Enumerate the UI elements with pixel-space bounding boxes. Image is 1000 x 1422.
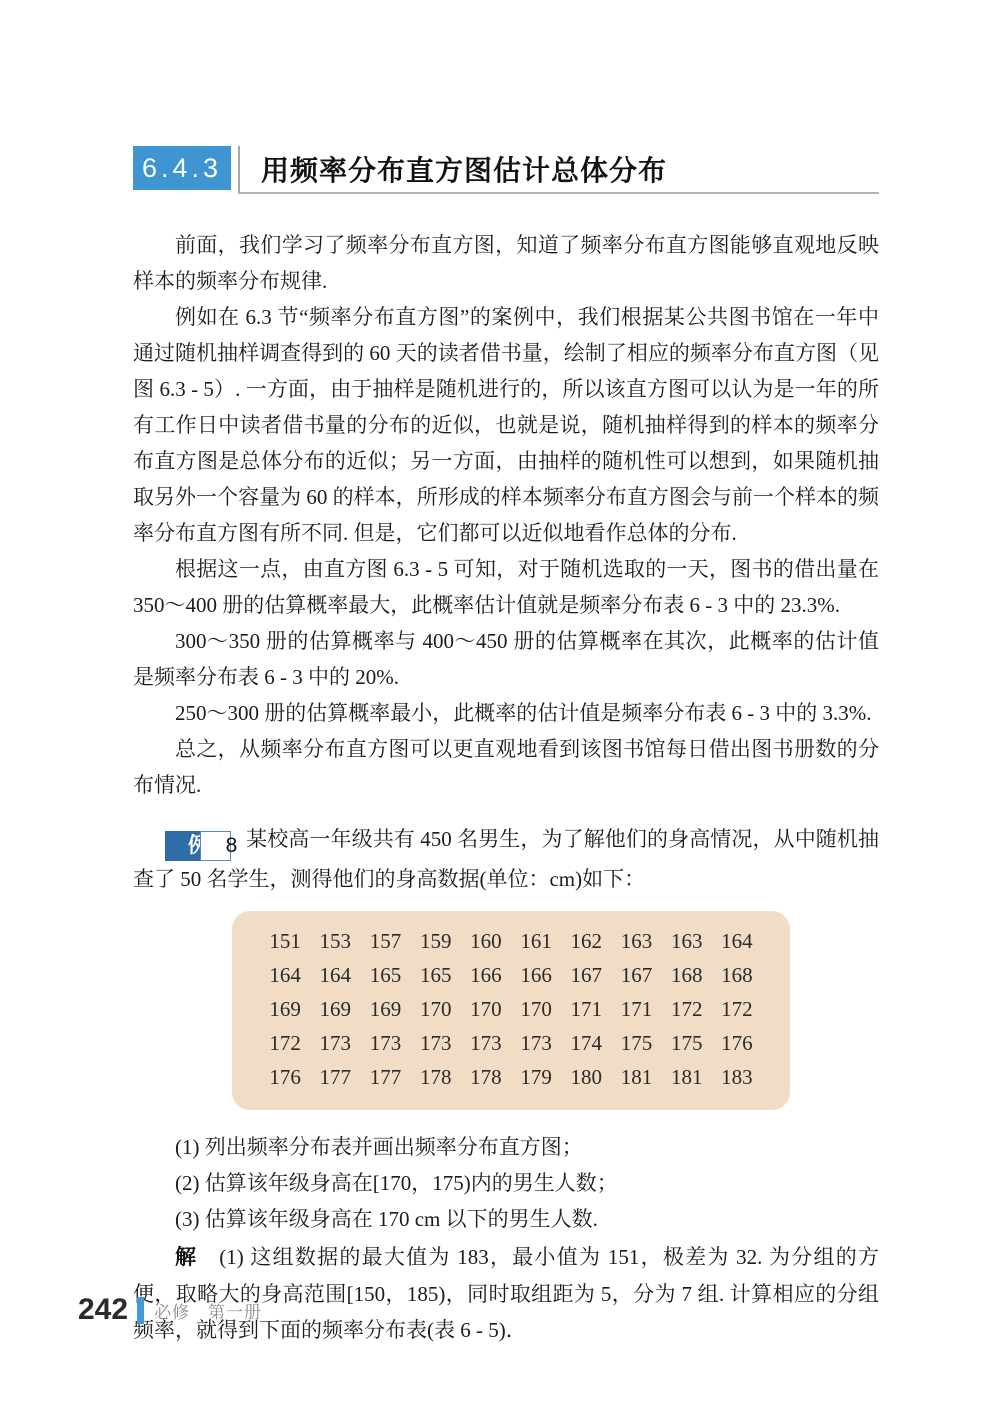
height-value: 167: [611, 963, 661, 988]
height-value: 157: [360, 929, 410, 954]
height-value: 181: [662, 1065, 712, 1090]
height-value: 179: [511, 1065, 561, 1090]
height-value: 169: [310, 997, 360, 1022]
height-value: 177: [310, 1065, 360, 1090]
height-value: 163: [611, 929, 661, 954]
textbook-page: 6.4.3 用频率分布直方图估计总体分布 前面，我们学习了频率分布直方图，知道了…: [0, 0, 1000, 1422]
height-value: 175: [611, 1031, 661, 1056]
height-value: 161: [511, 929, 561, 954]
height-value: 173: [411, 1031, 461, 1056]
page-footer: 242 必修 第一册: [78, 1293, 262, 1327]
section-header: 6.4.3 用频率分布直方图估计总体分布: [133, 146, 879, 194]
height-value: 172: [662, 997, 712, 1022]
data-row: 172173173173173173174175175176: [260, 1027, 762, 1061]
height-value: 165: [411, 963, 461, 988]
height-value: 171: [611, 997, 661, 1022]
questions-block: (1) 列出频率分布表并画出频率分布直方图； (2) 估算该年级身高在[170，…: [133, 1129, 879, 1237]
height-value: 175: [662, 1031, 712, 1056]
solution-label: 解: [175, 1246, 197, 1269]
data-row: 169169169170170170171171172172: [260, 993, 762, 1027]
height-data-grid: 1511531571591601611621631631641641641651…: [260, 925, 762, 1095]
data-row: 164164165165166166167167168168: [260, 959, 762, 993]
book-label: 必修 第一册: [154, 1298, 262, 1323]
height-value: 163: [662, 929, 712, 954]
example-number-badge: 8: [200, 831, 231, 861]
example-8-block: 例8某校高一年级共有 450 名男生，为了解他们的身高情况，从中随机抽查了 50…: [133, 821, 879, 1348]
paragraph: 根据这一点，由直方图 6.3 - 5 可知，对于随机选取的一天，图书的借出量在 …: [133, 551, 879, 623]
height-value: 173: [461, 1031, 511, 1056]
question-item: (1) 列出频率分布表并画出频率分布直方图；: [133, 1129, 879, 1165]
height-value: 177: [360, 1065, 410, 1090]
height-data-box: 1511531571591601611621631631641641641651…: [232, 911, 790, 1110]
height-value: 170: [511, 997, 561, 1022]
paragraph: 例如在 6.3 节“频率分布直方图”的案例中，我们根据某公共图书馆在一年中通过随…: [133, 299, 879, 551]
height-value: 176: [260, 1065, 310, 1090]
height-value: 169: [360, 997, 410, 1022]
height-value: 172: [712, 997, 762, 1022]
section-number-badge: 6.4.3: [133, 146, 231, 190]
height-value: 166: [511, 963, 561, 988]
height-value: 173: [360, 1031, 410, 1056]
example-intro-text: 某校高一年级共有 450 名男生，为了解他们的身高情况，从中随机抽查了 50 名…: [133, 827, 879, 891]
data-row: 176177177178178179180181181183: [260, 1061, 762, 1095]
height-value: 164: [310, 963, 360, 988]
height-value: 168: [662, 963, 712, 988]
body-paragraphs: 前面，我们学习了频率分布直方图，知道了频率分布直方图能够直观地反映样本的频率分布…: [133, 227, 879, 803]
example-intro: 例8某校高一年级共有 450 名男生，为了解他们的身高情况，从中随机抽查了 50…: [133, 821, 879, 898]
height-value: 178: [461, 1065, 511, 1090]
height-value: 165: [360, 963, 410, 988]
data-row: 151153157159160161162163163164: [260, 925, 762, 959]
paragraph: 前面，我们学习了频率分布直方图，知道了频率分布直方图能够直观地反映样本的频率分布…: [133, 227, 879, 299]
height-value: 173: [310, 1031, 360, 1056]
height-value: 178: [411, 1065, 461, 1090]
paragraph: 300～350 册的估算概率与 400～450 册的估算概率在其次，此概率的估计…: [133, 623, 879, 695]
height-value: 171: [561, 997, 611, 1022]
question-item: (3) 估算该年级身高在 170 cm 以下的男生人数.: [133, 1201, 879, 1237]
question-item: (2) 估算该年级身高在[170，175)内的男生人数；: [133, 1165, 879, 1201]
height-value: 153: [310, 929, 360, 954]
height-value: 164: [260, 963, 310, 988]
height-value: 174: [561, 1031, 611, 1056]
height-value: 151: [260, 929, 310, 954]
height-value: 180: [561, 1065, 611, 1090]
height-value: 170: [411, 997, 461, 1022]
height-value: 167: [561, 963, 611, 988]
height-value: 170: [461, 997, 511, 1022]
section-title: 用频率分布直方图估计总体分布: [261, 149, 667, 189]
height-value: 166: [461, 963, 511, 988]
height-value: 172: [260, 1031, 310, 1056]
paragraph: 总之，从频率分布直方图可以更直观地看到该图书馆每日借出图书册数的分布情况.: [133, 731, 879, 803]
height-value: 181: [611, 1065, 661, 1090]
height-value: 159: [411, 929, 461, 954]
paragraph: 250～300 册的估算概率最小，此概率的估计值是频率分布表 6 - 3 中的 …: [133, 695, 879, 731]
height-value: 160: [461, 929, 511, 954]
section-title-rule: 用频率分布直方图估计总体分布: [238, 146, 879, 194]
footer-accent-bar: [137, 1297, 144, 1324]
page-content: 6.4.3 用频率分布直方图估计总体分布 前面，我们学习了频率分布直方图，知道了…: [133, 0, 879, 1348]
height-value: 173: [511, 1031, 561, 1056]
height-value: 164: [712, 929, 762, 954]
height-value: 162: [561, 929, 611, 954]
page-number: 242: [78, 1293, 128, 1327]
height-value: 169: [260, 997, 310, 1022]
height-value: 183: [712, 1065, 762, 1090]
height-value: 176: [712, 1031, 762, 1056]
height-value: 168: [712, 963, 762, 988]
